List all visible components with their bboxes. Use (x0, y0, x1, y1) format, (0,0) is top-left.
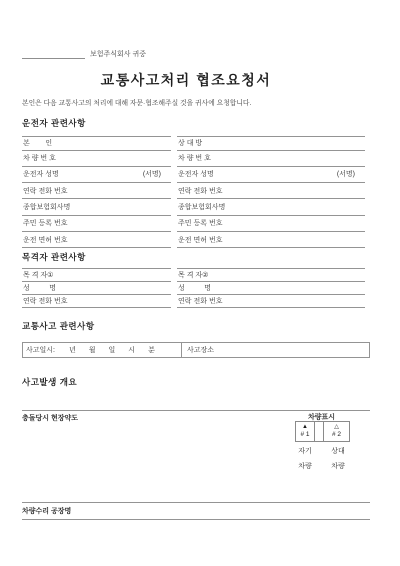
column-header: 상 대 방 (178, 138, 202, 148)
accident-datetime-cell: 사고일시: 년 월 일 시 분 (23, 343, 182, 357)
row-label: 종합보험회사명 (23, 202, 70, 212)
table-row: 운전자 성명(서명) (22, 167, 171, 183)
column-header: 본 인 (23, 138, 52, 148)
table-row: 운전자 성명(서명) (177, 167, 365, 183)
column-header: 목 격 자① (23, 270, 53, 280)
repair-bottom-line (22, 519, 370, 520)
row-label: 주민 등록 번호 (178, 218, 222, 228)
other-vehicle-label: 상대 차량 (326, 444, 350, 474)
unit-minute: 분 (148, 345, 155, 355)
witness1-column: 목 격 자① 성 명 연락 전화 번호 (22, 268, 171, 308)
table-row: 종합보험회사명 (177, 199, 365, 215)
table-row: 주민 등록 번호 (177, 216, 365, 232)
form-title: 교통사고처리 협조요청서 (0, 70, 372, 90)
row-label: 운전 면허 번호 (23, 235, 67, 245)
repair-shop-label: 차량수리 공장명 (22, 506, 71, 516)
row-label: 차 량 번 호 (23, 153, 56, 163)
table-row: 성 명 (22, 282, 171, 295)
row-label: 성 명 (23, 283, 56, 293)
repair-top-line (22, 502, 370, 503)
traffic-accident-form: 보험주식회사 귀중 교통사고처리 협조요청서 본인은 다음 교통사고의 처리에 … (0, 0, 400, 566)
table-row: 주민 등록 번호 (22, 216, 171, 232)
table-row: 운전 면허 번호 (177, 232, 365, 248)
datetime-label: 사고일시: (26, 345, 55, 355)
table-row: 목 격 자② (177, 269, 365, 282)
summary-heading: 사고발생 개요 (22, 376, 77, 388)
place-label: 사고장소 (187, 345, 214, 355)
sign-label: (서명) (143, 169, 170, 179)
insurance-company-blank (22, 49, 85, 59)
other-vehicle-cell: △ # 2 (324, 422, 349, 441)
sketch-divider (22, 410, 370, 411)
recipient-label: 보험주식회사 귀중 (90, 49, 146, 59)
accident-section-heading: 교통사고 관련사항 (22, 320, 95, 332)
sign-label: (서명) (337, 169, 364, 179)
table-row: 연락 전화 번호 (22, 295, 171, 308)
row-label: 주민 등록 번호 (23, 218, 67, 228)
form-subtitle: 본인은 다음 교통사고의 처리에 대해 자문·협조해주실 것을 귀사에 요청합니… (22, 97, 251, 107)
table-row: 종합보험회사명 (22, 199, 171, 215)
row-label: 성 명 (178, 283, 211, 293)
table-row: 성 명 (177, 282, 365, 295)
witness-table: 목 격 자① 성 명 연락 전화 번호 목 격 자② 성 명 연락 전화 번호 (22, 268, 365, 308)
table-row: 본 인 (22, 137, 171, 151)
unit-day: 일 (109, 345, 116, 355)
accident-row: 사고일시: 년 월 일 시 분 사고장소 (22, 342, 370, 358)
row-label: 연락 전화 번호 (23, 296, 67, 306)
own-vehicle-cell: ▲ # 1 (296, 422, 315, 441)
table-row: 연락 전화 번호 (22, 183, 171, 199)
own-vehicle-tag: # 1 (300, 431, 309, 439)
table-row: 상 대 방 (177, 137, 365, 151)
own-vehicle-triangle-icon: ▲ (302, 424, 308, 431)
vehicle-mark-box: ▲ # 1 △ # 2 (295, 421, 350, 442)
row-label: 종합보험회사명 (178, 202, 225, 212)
table-row: 목 격 자① (22, 269, 171, 282)
driver-table: 본 인 차 량 번 호 운전자 성명(서명) 연락 전화 번호 종합보험회사명 … (22, 136, 365, 248)
table-row: 연락 전화 번호 (177, 183, 365, 199)
witness2-column: 목 격 자② 성 명 연락 전화 번호 (177, 268, 365, 308)
row-label: 운전자 성명 (178, 169, 214, 179)
table-row: 운전 면허 번호 (22, 232, 171, 248)
row-label: 차 량 번 호 (178, 153, 211, 163)
row-label: 운전 면허 번호 (178, 235, 222, 245)
vehicle-mark-labels: 자기 차량 상대 차량 (293, 444, 350, 474)
unit-hour: 시 (128, 345, 135, 355)
witness-section-heading: 목격자 관련사항 (22, 251, 86, 263)
unit-month: 월 (89, 345, 96, 355)
table-row: 차 량 번 호 (177, 151, 365, 167)
other-vehicle-triangle-icon: △ (334, 424, 339, 431)
accident-place-cell: 사고장소 (182, 343, 369, 357)
driver-other-column: 상 대 방 차 량 번 호 운전자 성명(서명) 연락 전화 번호 종합보험회사… (177, 136, 365, 248)
table-row: 차 량 번 호 (22, 151, 171, 167)
row-label: 연락 전화 번호 (23, 186, 67, 196)
own-vehicle-label: 자기 차량 (293, 444, 317, 474)
recipient-line: 보험주식회사 귀중 (22, 49, 146, 59)
row-label: 연락 전화 번호 (178, 296, 222, 306)
unit-year: 년 (69, 345, 76, 355)
driver-self-column: 본 인 차 량 번 호 운전자 성명(서명) 연락 전화 번호 종합보험회사명 … (22, 136, 171, 248)
column-header: 목 격 자② (178, 270, 208, 280)
row-label: 연락 전화 번호 (178, 186, 222, 196)
sketch-label: 충돌당시 현장약도 (22, 413, 78, 423)
vehicle-mark-spacer-cell (315, 422, 324, 441)
table-row: 연락 전화 번호 (177, 295, 365, 308)
other-vehicle-tag: # 2 (332, 431, 341, 439)
driver-section-heading: 운전자 관련사항 (22, 117, 86, 129)
row-label: 운전자 성명 (23, 169, 59, 179)
